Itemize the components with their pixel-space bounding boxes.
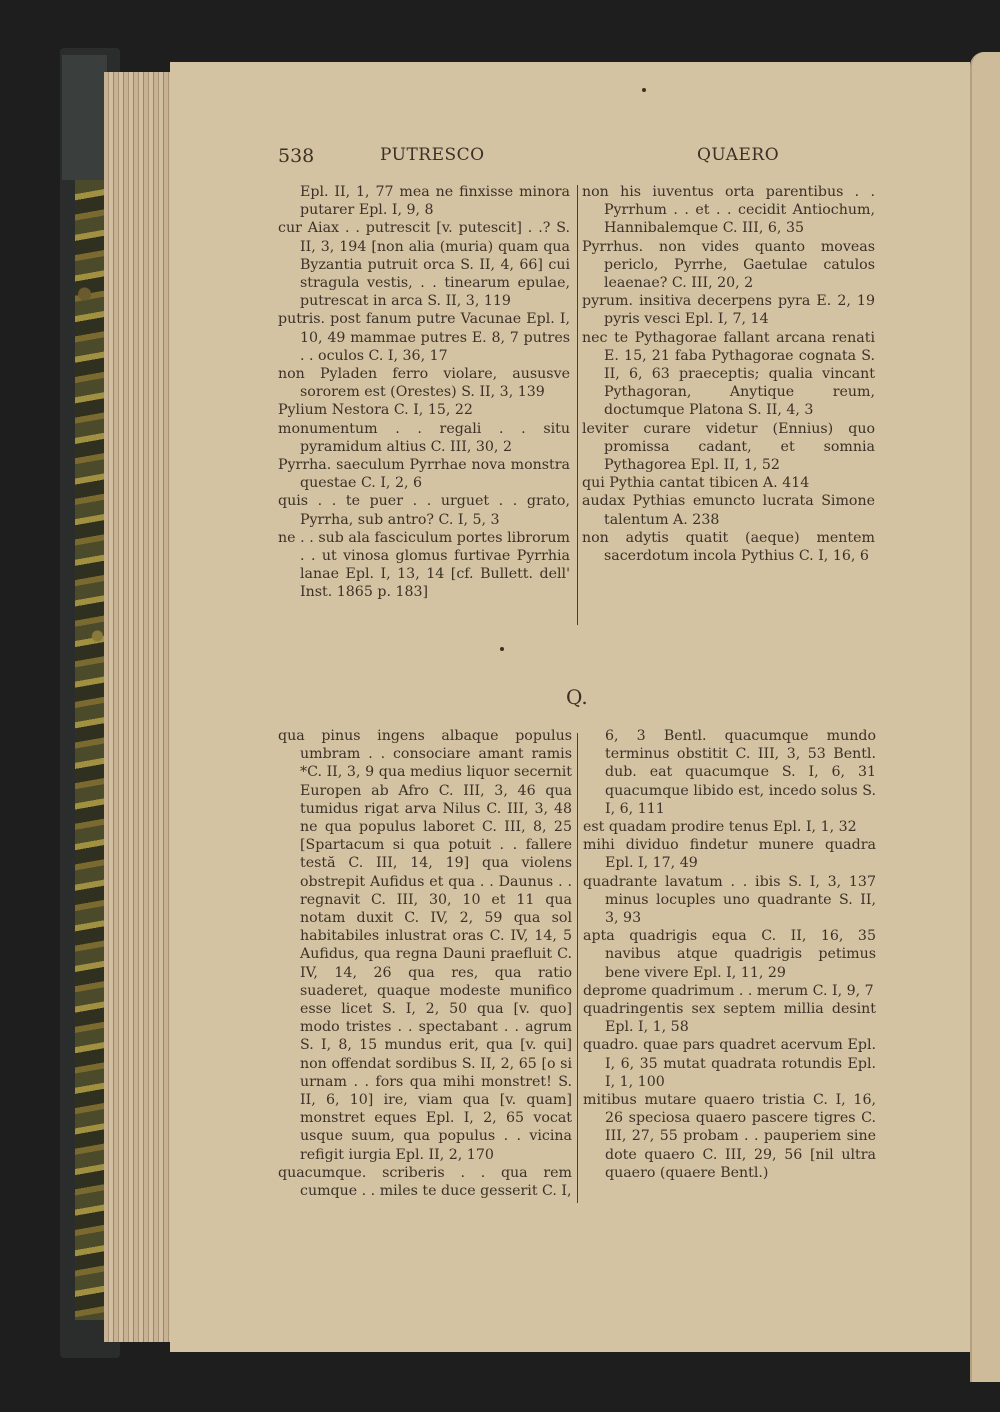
column-bottom-right: 6, 3 Bentl. quacumque mundo terminus obs… xyxy=(583,727,876,1182)
dictionary-entry: quis . . te puer . . urguet . . grato, P… xyxy=(278,492,570,528)
dictionary-entry: quadringentis sex septem millia desint E… xyxy=(583,1000,876,1036)
column-rule xyxy=(577,733,578,1203)
dictionary-entry: audax Pythias emuncto lucrata Simone tal… xyxy=(582,492,875,528)
dictionary-entry: Pylium Nestora C. I, 15, 22 xyxy=(278,401,570,419)
facing-page-edge xyxy=(970,52,1000,1382)
dictionary-entry: qua pinus ingens albaque populus umbram … xyxy=(278,727,572,1164)
dictionary-entry: Pyrrhus. non vides quanto moveas periclo… xyxy=(582,238,875,293)
dictionary-entry: 6, 3 Bentl. quacumque mundo terminus obs… xyxy=(583,727,876,818)
page-edges xyxy=(104,72,172,1342)
page-number: 538 xyxy=(278,145,314,167)
running-head-right: QUAERO xyxy=(697,145,779,165)
dictionary-entry: leviter curare videtur (Ennius) quo prom… xyxy=(582,420,875,475)
dictionary-entry: mitibus mutare quaero tristia C. I, 16, … xyxy=(583,1091,876,1182)
column-bottom-left: qua pinus ingens albaque populus umbram … xyxy=(278,727,572,1200)
dictionary-entry: monumentum . . regali . . situ pyramidum… xyxy=(278,420,570,456)
column-rule xyxy=(577,185,578,625)
column-top-right: non his iuventus orta parentibus . . Pyr… xyxy=(582,183,875,565)
dictionary-entry: Pyrrha. saeculum Pyrrhae nova monstra qu… xyxy=(278,456,570,492)
dictionary-entry: quacumque. scriberis . . qua rem cumque … xyxy=(278,1164,572,1200)
marbled-edge xyxy=(75,180,107,1320)
dictionary-entry: quadro. quae pars quadret acervum Epl. I… xyxy=(583,1036,876,1091)
dictionary-entry: non Pyladen ferro violare, ausus­ve soro… xyxy=(278,365,570,401)
dictionary-entry: putris. post fanum putre Vacunae Epl. I,… xyxy=(278,310,570,365)
dictionary-entry: nec te Pythagorae fallant arcana renati … xyxy=(582,329,875,420)
dictionary-entry: deprome quadrimum . . merum C. I, 9, 7 xyxy=(583,982,876,1000)
column-top-left: Epl. II, 1, 77 mea ne finxisse minora pu… xyxy=(278,183,570,602)
dictionary-entry: mihi dividuo findetur munere quadra Epl.… xyxy=(583,836,876,872)
section-letter: Q. xyxy=(566,685,588,709)
ink-speck xyxy=(500,647,504,651)
dictionary-entry: quadrante lavatum . . ibis S. I, 3, 137 … xyxy=(583,873,876,928)
dictionary-entry: non his iuventus orta parentibus . . Pyr… xyxy=(582,183,875,238)
dictionary-entry: qui Pythia cantat tibicen A. 414 xyxy=(582,474,875,492)
dictionary-entry: ne . . sub ala fasciculum portes libroru… xyxy=(278,529,570,602)
dictionary-entry: cur Aiax . . putrescit [v. putescit] . .… xyxy=(278,219,570,310)
ink-speck xyxy=(642,88,646,92)
dictionary-entry: Epl. II, 1, 77 mea ne finxisse minora pu… xyxy=(278,183,570,219)
dictionary-entry: est quadam prodire tenus Epl. I, 1, 32 xyxy=(583,818,876,836)
dictionary-entry: non adytis quatit (aeque) mentem sacerdo… xyxy=(582,529,875,565)
dictionary-entry: apta quadrigis equa C. II, 16, 35 navibu… xyxy=(583,927,876,982)
book-cover-cloth xyxy=(62,55,107,180)
running-head-left: PUTRESCO xyxy=(380,145,485,165)
dictionary-entry: pyrum. insitiva decerpens pyra E. 2, 19 … xyxy=(582,292,875,328)
